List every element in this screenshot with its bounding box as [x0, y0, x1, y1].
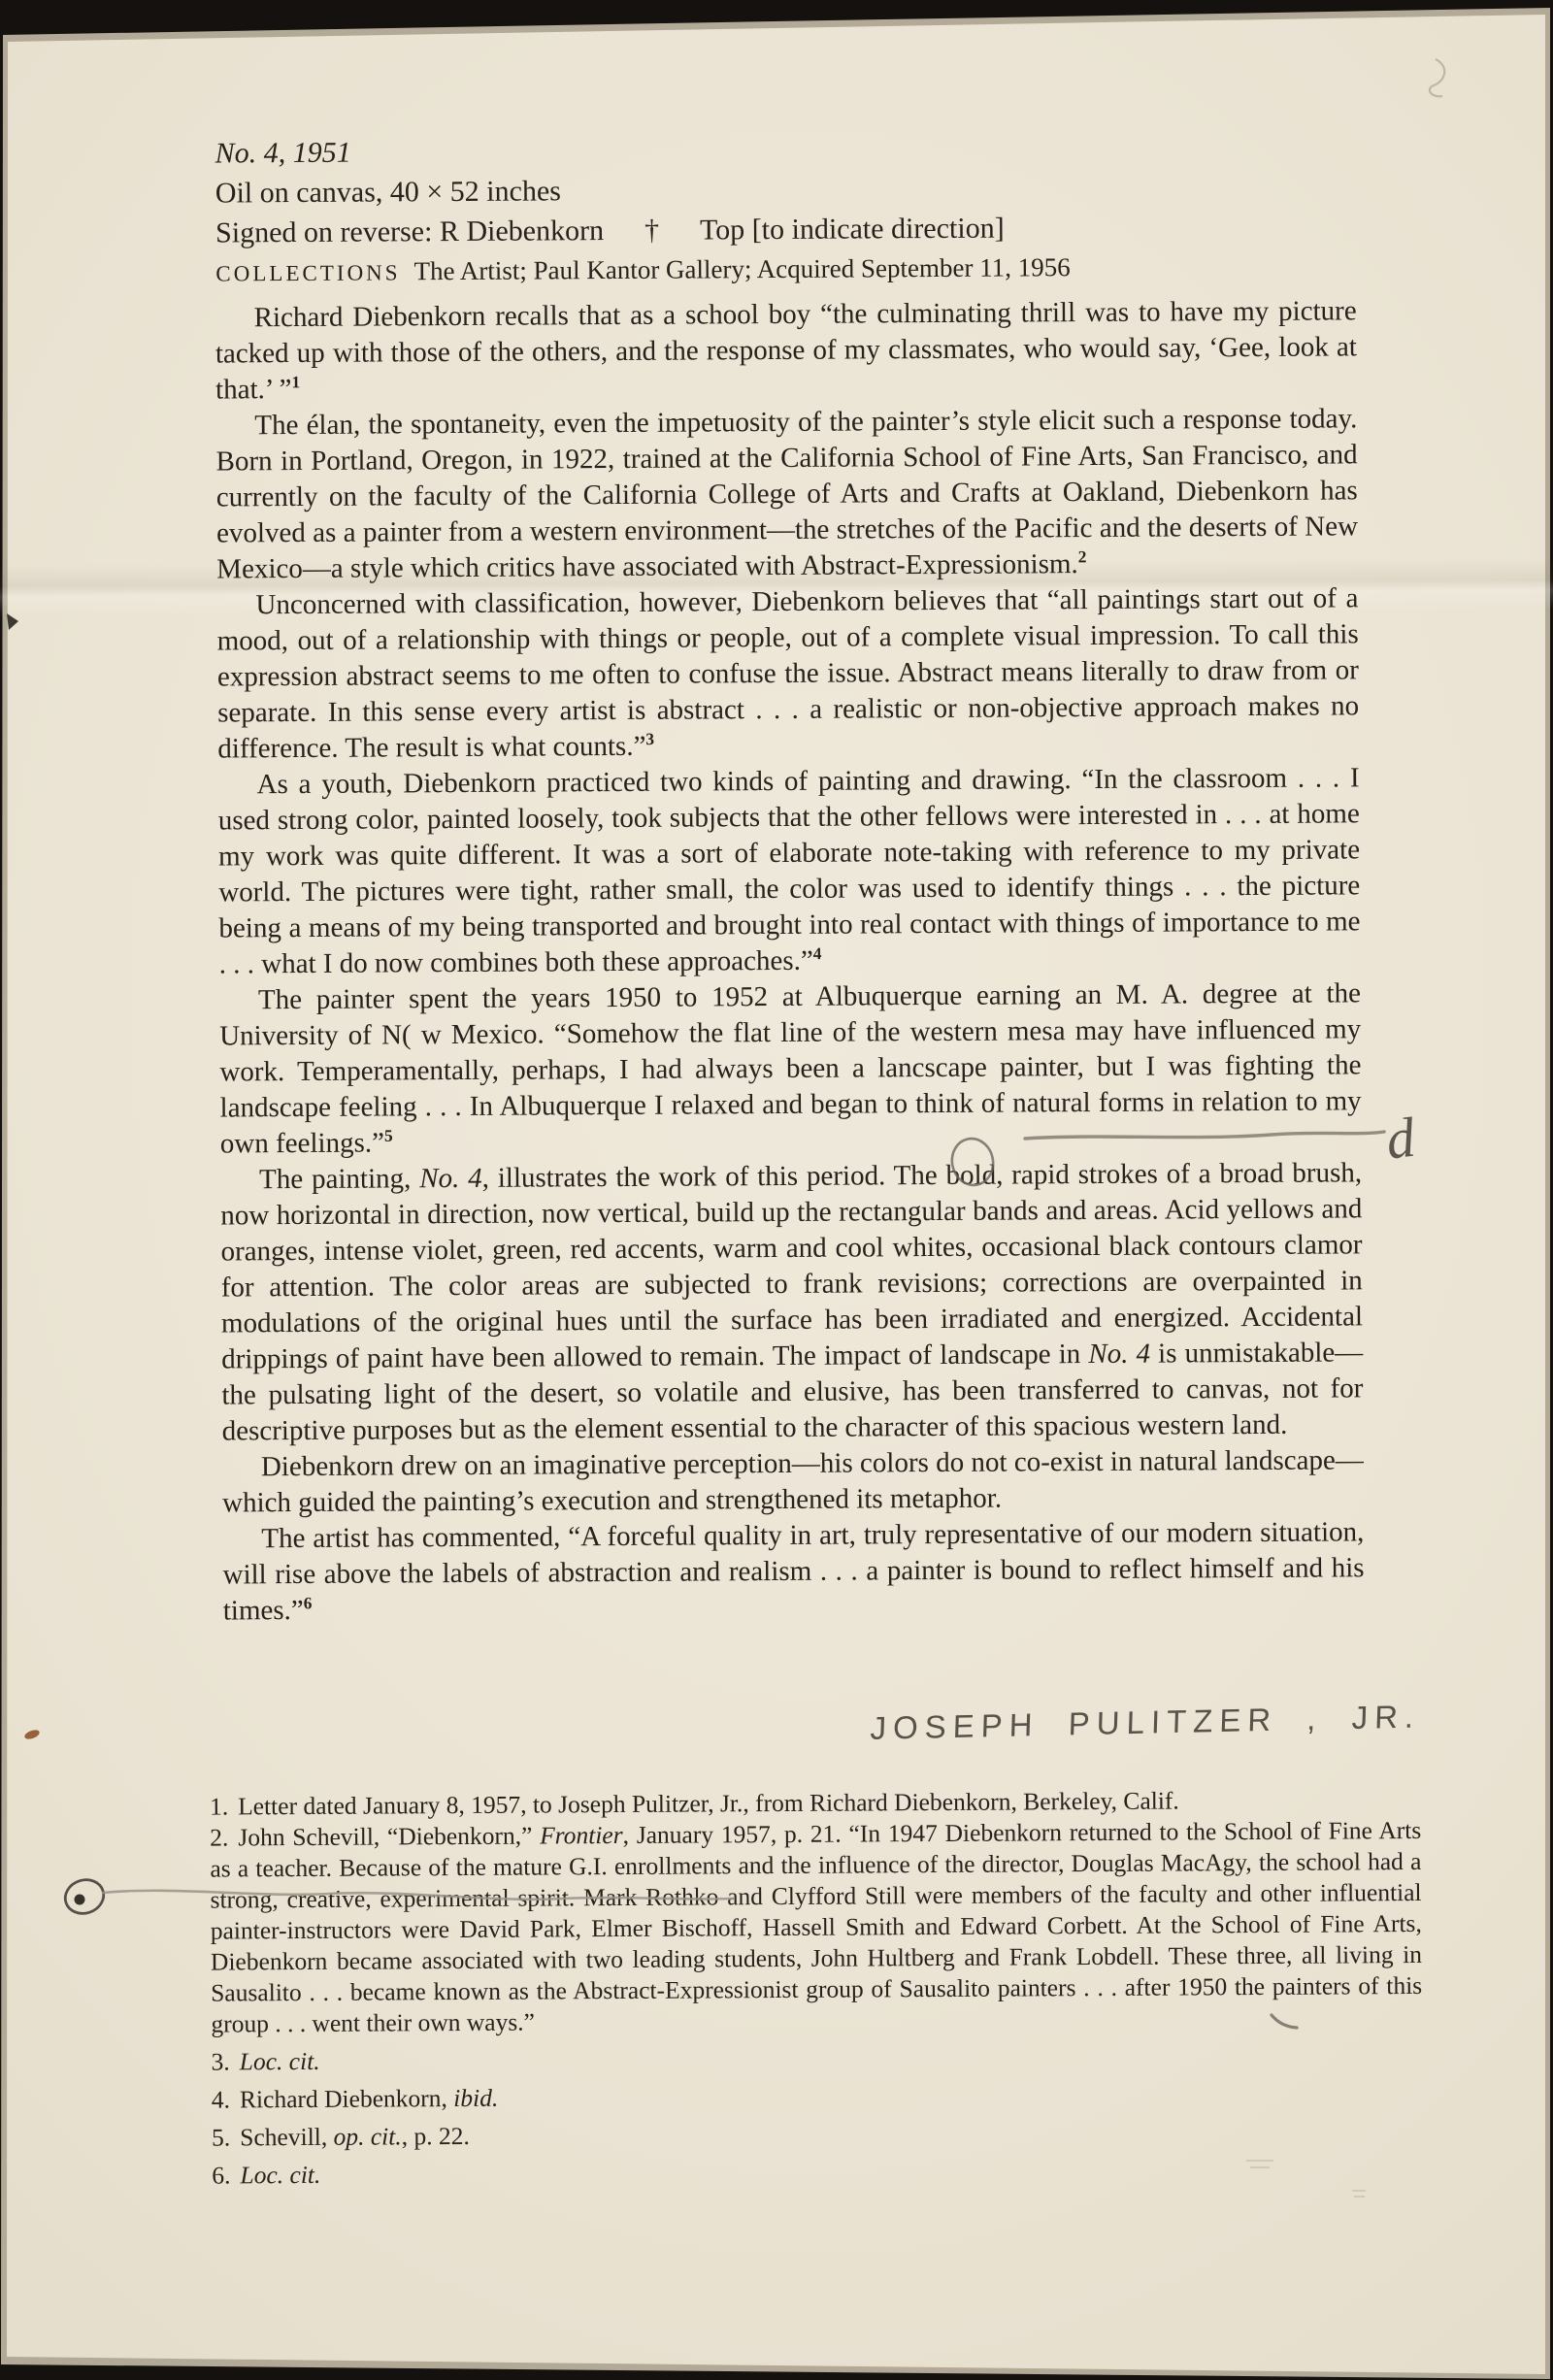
artwork-title: No. 4, 1951 — [215, 129, 1004, 174]
text-segment: Letter dated January 8, 1957, to Joseph … — [238, 1786, 1179, 1820]
text-segment: ibid. — [453, 2084, 498, 2112]
signed-suffix: Top [to indicate direction] — [700, 213, 1005, 247]
footnote: 6.Loc. cit. — [212, 2153, 1423, 2192]
text-segment: No. 4 — [419, 1163, 482, 1194]
essay-body: Richard Diebenkorn recalls that as a sch… — [215, 293, 1365, 1629]
footnote-reference: 2 — [1078, 546, 1087, 566]
footnote-number: 4. — [212, 2085, 230, 2113]
text-segment: Frontier — [540, 1821, 623, 1850]
signature-line: Signed on reverse: R Diebenkorn†Top [to … — [215, 209, 1005, 253]
essay-paragraph: As a youth, Diebenkorn practiced two kin… — [217, 760, 1360, 982]
footnote: 2.John Schevill, “Diebenkorn,” Frontier,… — [210, 1815, 1422, 2040]
text-segment: As a youth, Diebenkorn practiced two kin… — [218, 762, 1361, 979]
footnote-reference: 1 — [291, 372, 300, 391]
text-segment: Loc. cit. — [240, 2047, 320, 2076]
text-segment: , p. 22. — [402, 2122, 470, 2150]
text-segment: Unconcerned with classification, however… — [217, 582, 1360, 764]
page-content: No. 4, 1951 Oil on canvas, 40 × 52 inche… — [0, 0, 1553, 2380]
signed-prefix: Signed on reverse: R Diebenkorn — [215, 215, 604, 248]
text-segment: No. 4 — [1088, 1339, 1150, 1370]
text-segment: Schevill, — [240, 2123, 334, 2152]
text-segment: John Schevill, “Diebenkorn,” — [238, 1822, 540, 1852]
scanned-document-page: { "colors": { "background": "#14110f", "… — [0, 0, 1553, 2380]
footnote-reference: 6 — [304, 1593, 313, 1612]
essay-paragraph: Richard Diebenkorn recalls that as a sch… — [215, 293, 1358, 408]
essay-paragraph: The élan, the spontaneity, even the impe… — [215, 401, 1358, 587]
text-segment: Loc. cit. — [240, 2161, 320, 2190]
collections-label: COLLECTIONS — [215, 260, 400, 285]
text-segment: Richard Diebenkorn recalls that as a sch… — [215, 295, 1357, 405]
essay-paragraph: The artist has commented, “A forceful qu… — [222, 1514, 1365, 1629]
footnote-number: 6. — [212, 2161, 230, 2189]
essay-paragraph: Unconcerned with classification, however… — [216, 580, 1359, 767]
footnote-number: 5. — [212, 2123, 230, 2151]
footnotes-block: 1.Letter dated January 8, 1957, to Josep… — [210, 1784, 1423, 2192]
footnote-reference: 3 — [645, 729, 654, 748]
footnote-reference: 5 — [384, 1126, 393, 1145]
dagger-symbol: † — [644, 211, 659, 250]
handwritten-signature: JOSEPH PULITZER , JR. — [870, 1699, 1414, 1747]
caption-block: No. 4, 1951 Oil on canvas, 40 × 52 inche… — [215, 129, 1004, 253]
text-segment: op. cit. — [333, 2122, 401, 2150]
footnote-reference: 4 — [813, 943, 822, 963]
collections-value: The Artist; Paul Kantor Gallery; Acquire… — [413, 252, 1070, 285]
text-segment: The artist has commented, “A forceful qu… — [222, 1516, 1364, 1626]
text-segment: The painting, — [259, 1163, 419, 1195]
footnote: 3.Loc. cit. — [212, 2039, 1423, 2078]
essay-paragraph: The painter spent the years 1950 to 1952… — [219, 975, 1362, 1162]
footnote: 4.Richard Diebenkorn, ibid. — [212, 2077, 1423, 2116]
text-segment: The élan, the spontaneity, even the impe… — [215, 403, 1358, 584]
essay-paragraph: Diebenkorn drew on an imaginative percep… — [222, 1442, 1364, 1521]
footnote: 5.Schevill, op. cit., p. 22. — [212, 2115, 1423, 2154]
footnote-number: 3. — [212, 2047, 230, 2075]
collections-line: COLLECTIONSThe Artist; Paul Kantor Galle… — [215, 252, 1070, 287]
footnote-number: 2. — [210, 1823, 228, 1851]
medium-line: Oil on canvas, 40 × 52 inches — [215, 169, 1005, 214]
text-segment: Richard Diebenkorn, — [240, 2084, 453, 2113]
essay-paragraph: The painting, No. 4, illustrates the wor… — [220, 1155, 1364, 1449]
footnote-number: 1. — [210, 1792, 228, 1820]
text-segment: Diebenkorn drew on an imaginative percep… — [222, 1444, 1364, 1518]
